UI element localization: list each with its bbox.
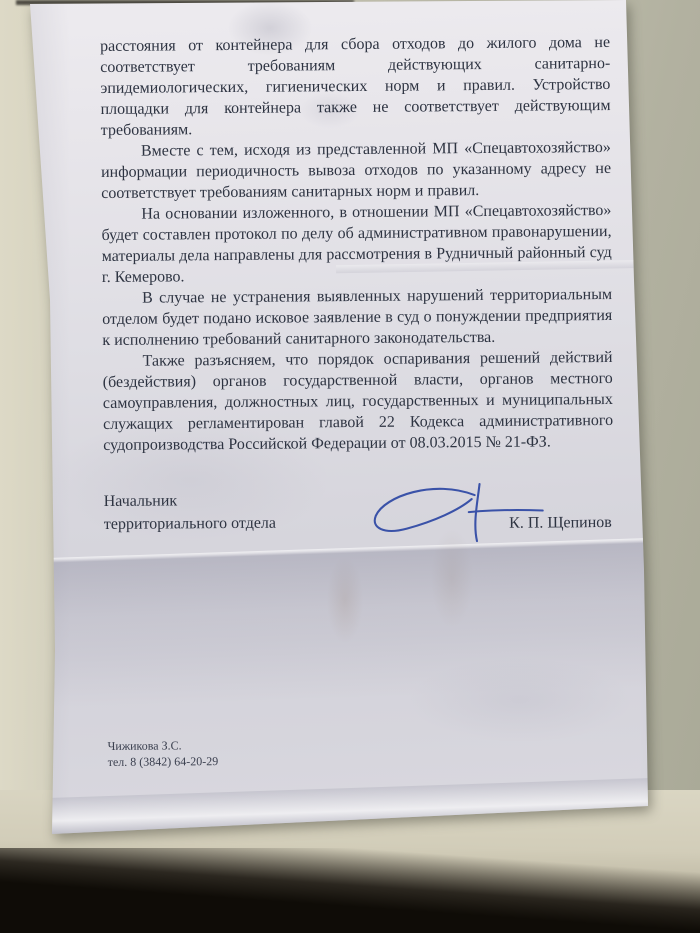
signature-block: Начальник территориального отдела К. П. …: [104, 486, 614, 552]
signer-title-line1: Начальник: [104, 489, 276, 513]
paper-bottom-fold: [43, 778, 658, 840]
signer-title-line2: территориального отдела: [104, 512, 276, 536]
signer-name: К. П. Щепинов: [509, 512, 612, 534]
letter-body: расстояния от контейнера для сбора отход…: [100, 32, 614, 552]
document-paper: расстояния от контейнера для сбора отход…: [0, 0, 700, 933]
executor-phone: тел. 8 (3842) 64-20-29: [108, 753, 219, 770]
paragraph: Также разъясняем, что порядок оспаривани…: [102, 347, 613, 456]
paragraph: Вместе с тем, исходя из представленной М…: [101, 137, 611, 204]
paragraph: На основании изложенного, в отношении МП…: [101, 200, 612, 288]
document-paper-wrap: расстояния от контейнера для сбора отход…: [0, 0, 700, 933]
paragraph: расстояния от контейнера для сбора отход…: [100, 32, 611, 141]
executor-name: Чижикова З.С.: [108, 737, 219, 754]
signer-title: Начальник территориального отдела: [104, 489, 277, 552]
executor-contact: Чижикова З.С. тел. 8 (3842) 64-20-29: [108, 737, 219, 770]
photo-scene: расстояния от контейнера для сбора отход…: [0, 0, 700, 933]
signature-area: К. П. Щепинов: [379, 486, 614, 550]
paragraph: В случае не устранения выявленных наруше…: [102, 284, 612, 351]
paper-fold-crease: [0, 536, 700, 710]
